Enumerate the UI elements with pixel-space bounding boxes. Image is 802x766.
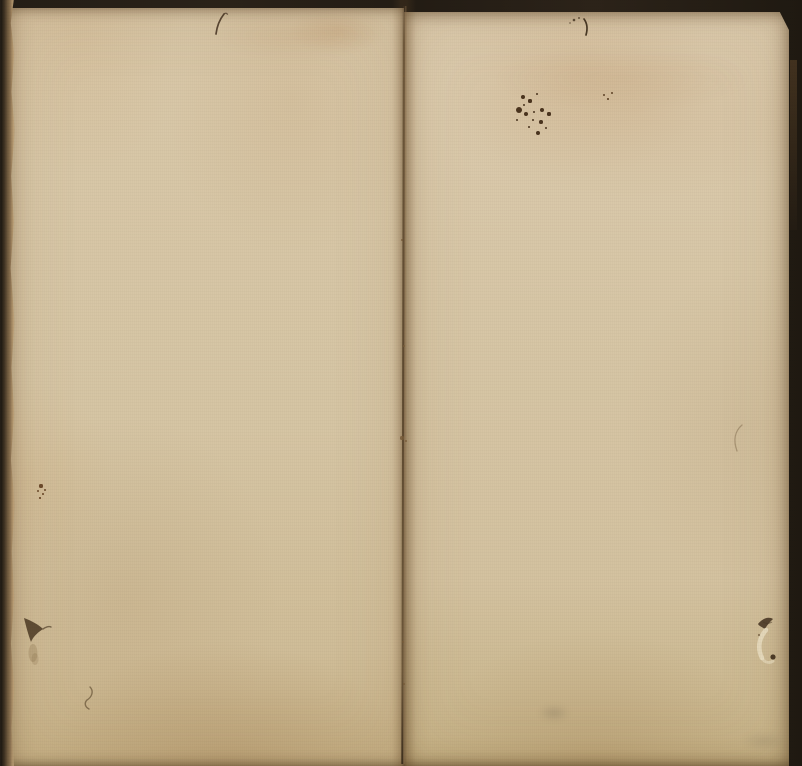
smudge-bottom-right — [736, 728, 792, 754]
smudge-bottom-center — [534, 702, 574, 724]
book-scan-viewport — [0, 0, 802, 766]
stain-top-left-wash — [196, 6, 396, 66]
stain-top-right-wash — [462, 40, 782, 118]
marks-layer — [0, 0, 802, 766]
